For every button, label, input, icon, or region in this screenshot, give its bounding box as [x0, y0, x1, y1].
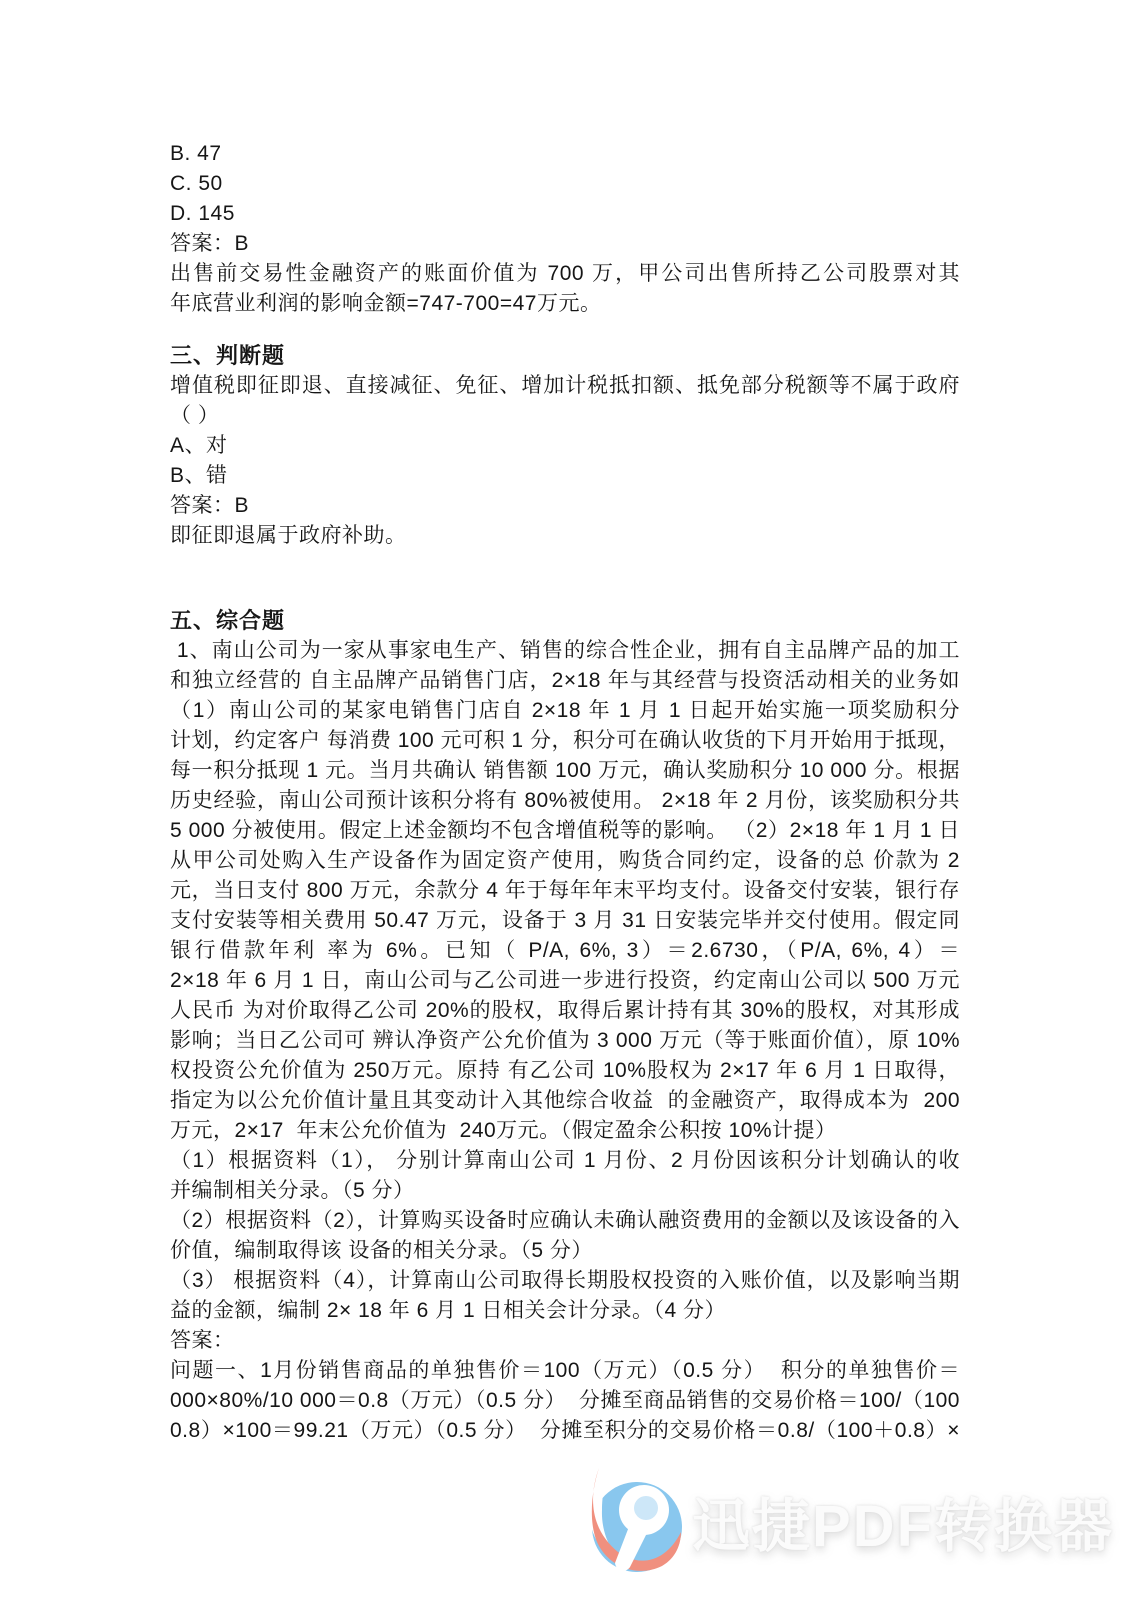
question-line: 计划，约定客户 每消费 100 元可积 1 分，积分可在确认收货的下月开始用于抵… [170, 726, 960, 756]
pdf-converter-logo-icon [582, 1468, 682, 1574]
answer-line: 问题一、1月份销售商品的单独售价＝100（万元）（0.5 分） 积分的单独售价＝… [170, 1356, 960, 1386]
watermark-brand-text: 迅捷PDF转换器 [692, 1479, 1114, 1563]
explanation-line: 出售前交易性金融资产的账面价值为 700 万，甲公司出售所持乙公司股票对其 2x… [170, 259, 960, 289]
document-page: B. 47 C. 50 D. 145 答案：B 出售前交易性金融资产的账面价值为… [0, 0, 1131, 1600]
question-line: 5 000 分被使用。假定上述金额均不包含增值税等的影响。 （2）2×18 年 … [170, 816, 960, 846]
question-line: 权投资公允价值为 250万元。原持 有乙公司 10%股权为 2×17 年 6 月… [170, 1056, 960, 1086]
question-line: 支付安装等相关费用 50.47 万元，设备于 3 月 31 日安装完毕并交付使用… [170, 906, 960, 936]
option-b: B、错 [170, 461, 960, 491]
requirement-line: （3） 根据资料（4），计算南山公司取得长期股权投资的入账价值，以及影响当期损 [170, 1266, 960, 1296]
question-line: 每一积分抵现 1 元。当月共确认 销售额 100 万元，确认奖励积分 10 00… [170, 756, 960, 786]
requirement-line: 益的金额，编制 2× 18 年 6 月 1 日相关会计分录。（4 分） [170, 1296, 960, 1326]
question-line: 和独立经营的 自主品牌产品销售门店，2×18 年与其经营与投资活动相关的业务如下… [170, 666, 960, 696]
section-heading-comprehensive: 五、综合题 [170, 606, 960, 636]
question-line: 历史经验，南山公司预计该积分将有 80%被使用。 2×18 年 2 月份，该奖励… [170, 786, 960, 816]
answer-label: 答案：B [170, 491, 960, 521]
question-line: 2×18 年 6 月 1 日，南山公司与乙公司进一步进行投资，约定南山公司以 5… [170, 966, 960, 996]
requirement-line: 并编制相关分录。（5 分） [170, 1176, 960, 1206]
question-line: 影响；当日乙公司可 辨认净资产公允价值为 3 000 万元（等于账面价值），原 … [170, 1026, 960, 1056]
question-line: （1）南山公司的某家电销售门店自 2×18 年 1 月 1 日起开始实施一项奖励… [170, 696, 960, 726]
option-b: B. 47 [170, 139, 960, 169]
requirement-line: （1）根据资料（1）， 分别计算南山公司 1 月份、2 月份因该积分计划确认的收… [170, 1146, 960, 1176]
question-line: 万元，2×17 年末公允价值为 240万元。（假定盈余公积按 10%计提） [170, 1116, 960, 1146]
requirement-line: （2）根据资料（2），计算购买设备时应确认未确认融资费用的金额以及该设备的入账 [170, 1206, 960, 1236]
watermark: 迅捷PDF转换器 [582, 1468, 1114, 1574]
answer-label: 答案：B [170, 229, 960, 259]
answer-line: 0.8）×100＝99.21（万元）（0.5 分） 分摊至积分的交易价格＝0.8… [170, 1416, 960, 1446]
document-text-column: B. 47 C. 50 D. 145 答案：B 出售前交易性金融资产的账面价值为… [170, 139, 960, 1446]
question-line: 指定为以公允价值计量且其变动计入其他综合收益 的金融资产，取得成本为 200 [170, 1086, 960, 1116]
requirement-line: 价值，编制取得该 设备的相关分录。（5 分） [170, 1236, 960, 1266]
question-line: 1、南山公司为一家从事家电生产、销售的综合性企业，拥有自主品牌产品的加工工厂 [170, 636, 960, 666]
question-line: 元，当日支付 800 万元，余款分 4 年于每年年末平均支付。设备交付安装，银行… [170, 876, 960, 906]
question-line: 增值税即征即退、直接减征、免征、增加计税抵扣额、抵免部分税额等不属于政府补助。 [170, 371, 960, 401]
section-heading-judgment: 三、判断题 [170, 341, 960, 371]
explanation-line: 年底营业利润的影响金额=747-700=47万元。 [170, 289, 960, 319]
logo-letter-p-hole [634, 1496, 658, 1520]
option-a: A、对 [170, 431, 960, 461]
answer-line: 000×80%/10 000＝0.8（万元）（0.5 分） 分摊至商品销售的交易… [170, 1386, 960, 1416]
question-line: 银行借款年利 率为 6%。已知（ P/A, 6%, 3）＝2.6730，（P/A… [170, 936, 960, 966]
option-c: C. 50 [170, 169, 960, 199]
question-line: 从甲公司处购入生产设备作为固定资产使用，购货合同约定，设备的总 价款为 2 00… [170, 846, 960, 876]
question-line: （ ） [170, 401, 960, 431]
answer-label: 答案： [170, 1326, 960, 1356]
option-d: D. 145 [170, 199, 960, 229]
question-line: 人民币 为对价取得乙公司 20%的股权，取得后累计持有其 30%的股权，对其形成… [170, 996, 960, 1026]
explanation-line: 即征即退属于政府补助。 [170, 521, 960, 551]
